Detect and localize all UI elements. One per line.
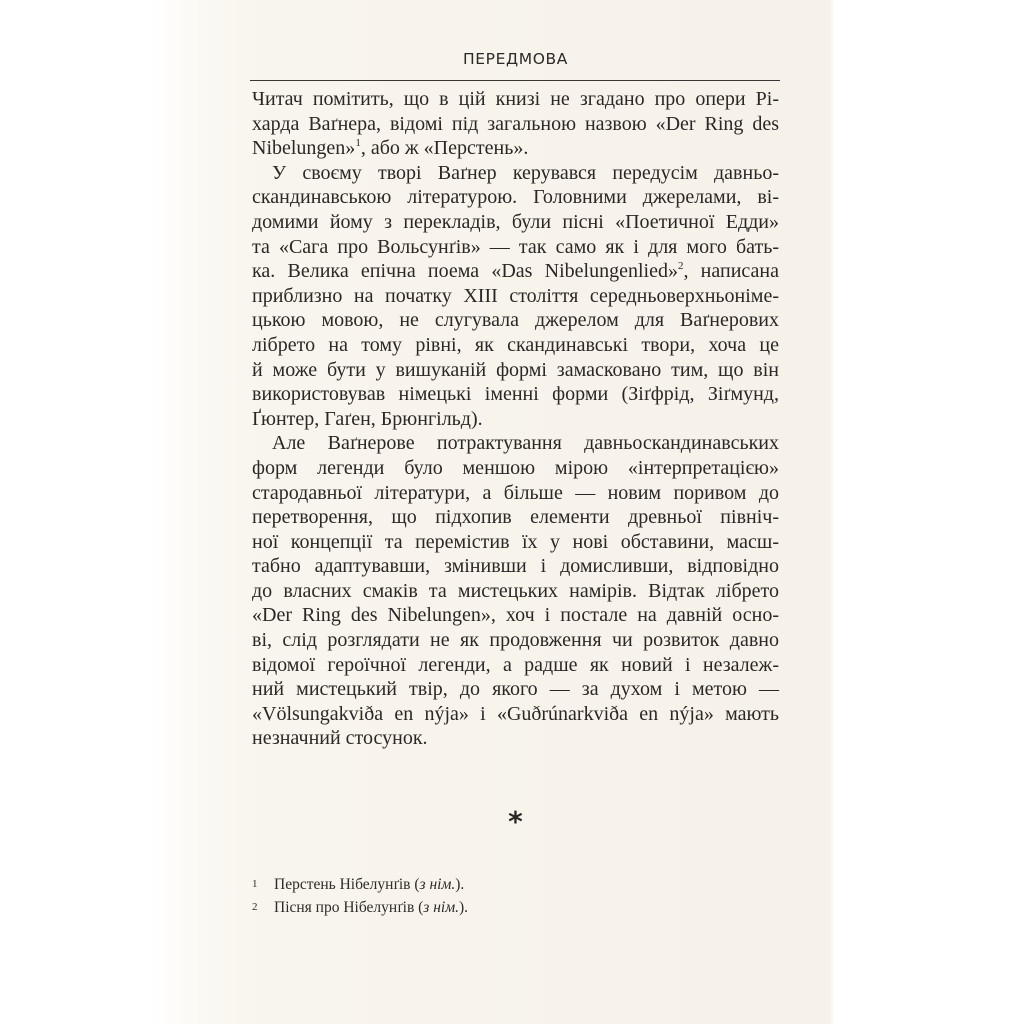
text-line: табно адаптувавши, змінивши і домисливши…	[252, 554, 779, 579]
footnote-text: Пісня про Нібелунґів (з нім.).	[274, 897, 468, 918]
text-line: незначний стосунок.	[252, 726, 779, 751]
text-line: ка. Велика епічна поема «Das Nibelungenl…	[252, 259, 779, 284]
body-text: Читач помітить, що в цій книзі не згадан…	[252, 87, 779, 751]
text-line: Але Ваґнерове потрактування давньосканди…	[252, 431, 779, 456]
text-line: стародавньої літератури, а більше — нови…	[252, 481, 779, 506]
header-rule	[250, 80, 780, 81]
text-line: харда Ваґнера, відомі під загальною назв…	[252, 112, 779, 137]
footnote-reference: 2	[678, 260, 684, 272]
text-line: Nibelungen»1, або ж «Перстень».	[252, 136, 779, 161]
text-line: скандинавською літературою. Головними дж…	[252, 185, 779, 210]
footnote: 2Пісня про Нібелунґів (з нім.).	[252, 897, 779, 920]
text-line: приблизно на початку XIII століття серед…	[252, 284, 779, 309]
text-line: форм легенди було меншою мірою «інтерпре…	[252, 456, 779, 481]
text-line: Ґюнтер, Гаґен, Брюнгільд).	[252, 407, 779, 432]
text-line: Читач помітить, що в цій книзі не згадан…	[252, 87, 779, 112]
text-line: цькою мовою, не слугувала джерелом для В…	[252, 308, 779, 333]
footnote-number: 2	[252, 897, 274, 918]
text-line: та «Сага про Вольсунґів» — так само як і…	[252, 235, 779, 260]
section-break-asterisk: *	[252, 805, 779, 838]
text-line: домими йому з перекладів, були пісні «По…	[252, 210, 779, 235]
text-line: відомої героїчної легенди, а радше як но…	[252, 653, 779, 678]
running-head: ПЕРЕДМОВА	[252, 50, 779, 68]
footnote-reference: 1	[355, 137, 361, 149]
text-line: «Der Ring des Nibelungen», хоч і постале…	[252, 603, 779, 628]
text-line: ний мистецький твір, до якого — за духом…	[252, 677, 779, 702]
footnote-text: Перстень Нібелунґів (з нім.).	[274, 874, 464, 895]
text-line: перетворення, що підхопив елементи древн…	[252, 505, 779, 530]
text-line: ної концепції та перемістив їх у нові об…	[252, 530, 779, 555]
footnote-number: 1	[252, 874, 274, 895]
text-line: ві, слід розглядати не як продовження чи…	[252, 628, 779, 653]
text-line: до власних смаків та мистецьких намірів.…	[252, 579, 779, 604]
footnotes: 1Перстень Нібелунґів (з нім.).2Пісня про…	[252, 874, 779, 920]
text-line: лібрето на тому рівні, як скандинавські …	[252, 333, 779, 358]
text-line: використовував німецькі іменні форми (Зі…	[252, 382, 779, 407]
scanned-book-page: ПЕРЕДМОВА Читач помітить, що в цій книзі…	[0, 0, 1024, 1024]
text-line: й може бути у вишуканій формі замаскован…	[252, 358, 779, 383]
footnote: 1Перстень Нібелунґів (з нім.).	[252, 874, 779, 897]
text-line: «Völsungakviða en nýja» і «Guðrúnarkviða…	[252, 702, 779, 727]
text-line: У своєму творі Ваґнер керувався передусі…	[252, 161, 779, 186]
